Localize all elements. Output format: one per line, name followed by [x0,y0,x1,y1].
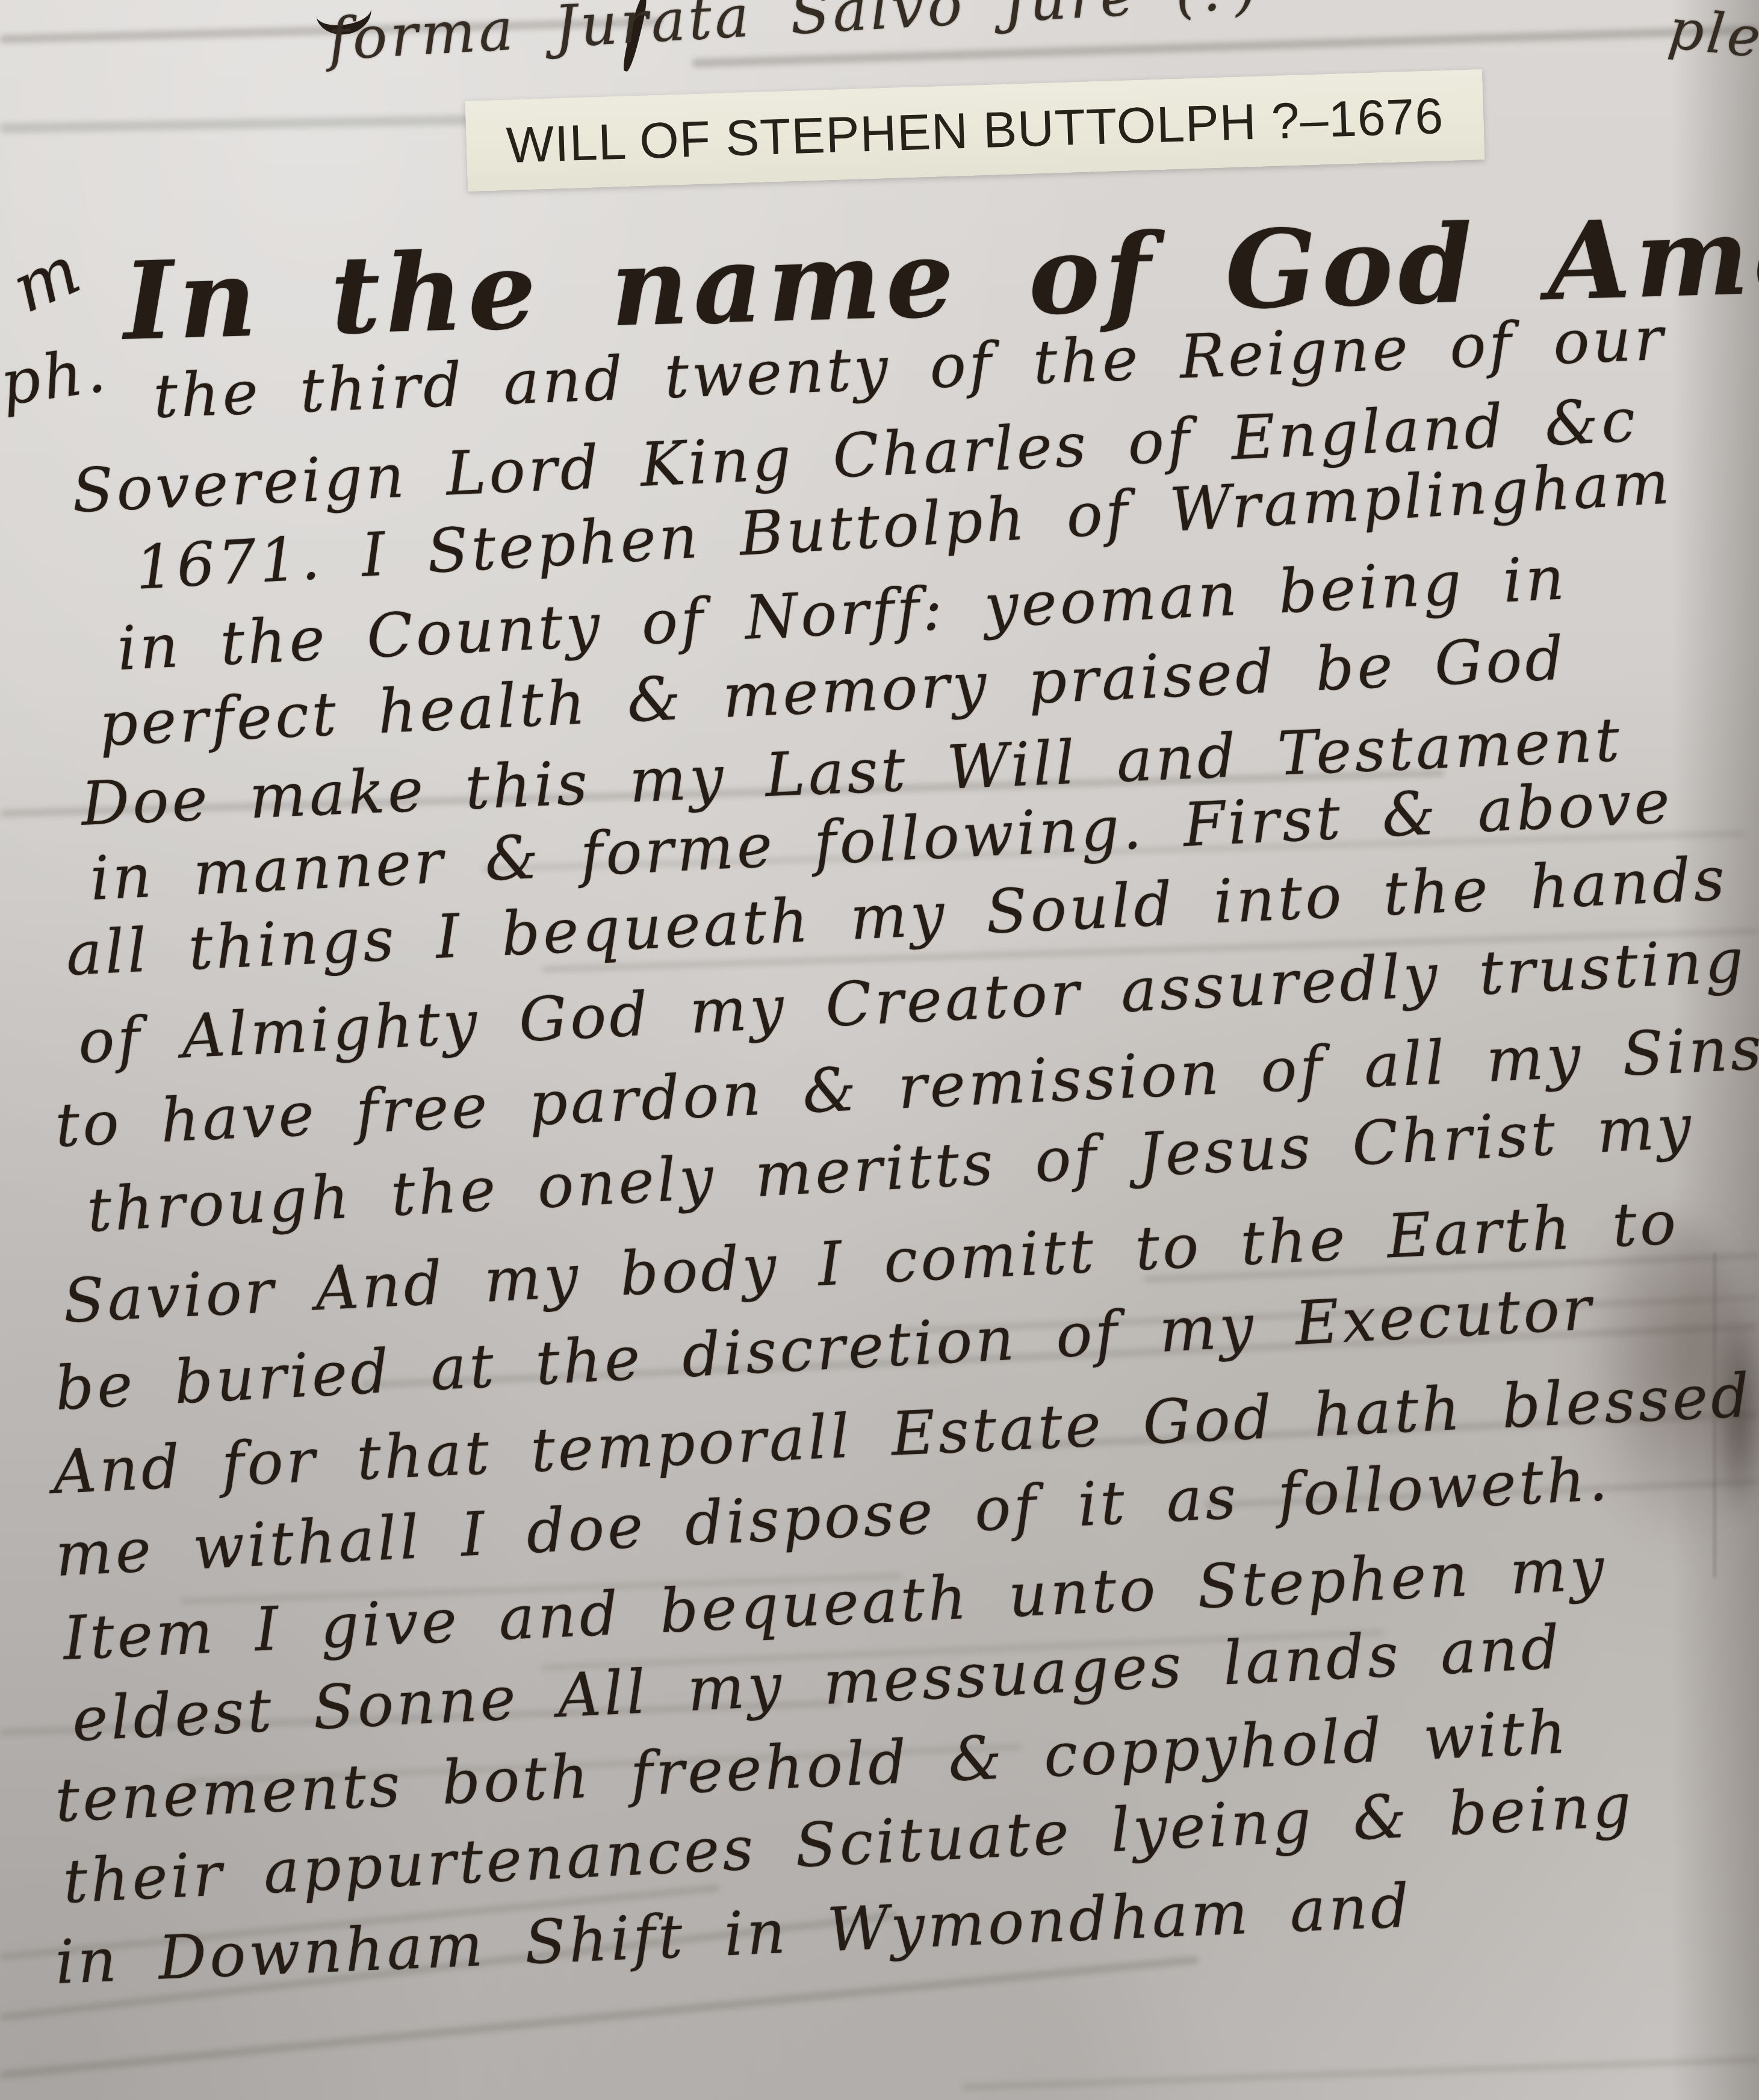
corner-fragment: ple [1666,1,1759,66]
page-title: WILL OF STEPHEN BUTTOLPH ?–1676 [506,87,1445,175]
smudge-line [0,114,542,133]
bleed-line [963,2057,1759,2090]
margin-fragment: ph. [0,340,112,415]
margin-flourish: m [3,235,92,324]
title-label-strip: WILL OF STEPHEN BUTTOLPH ?–1676 [465,69,1485,191]
manuscript-page: forma Jurata Salvo Jure (?) ple WILL OF … [0,0,1759,2100]
